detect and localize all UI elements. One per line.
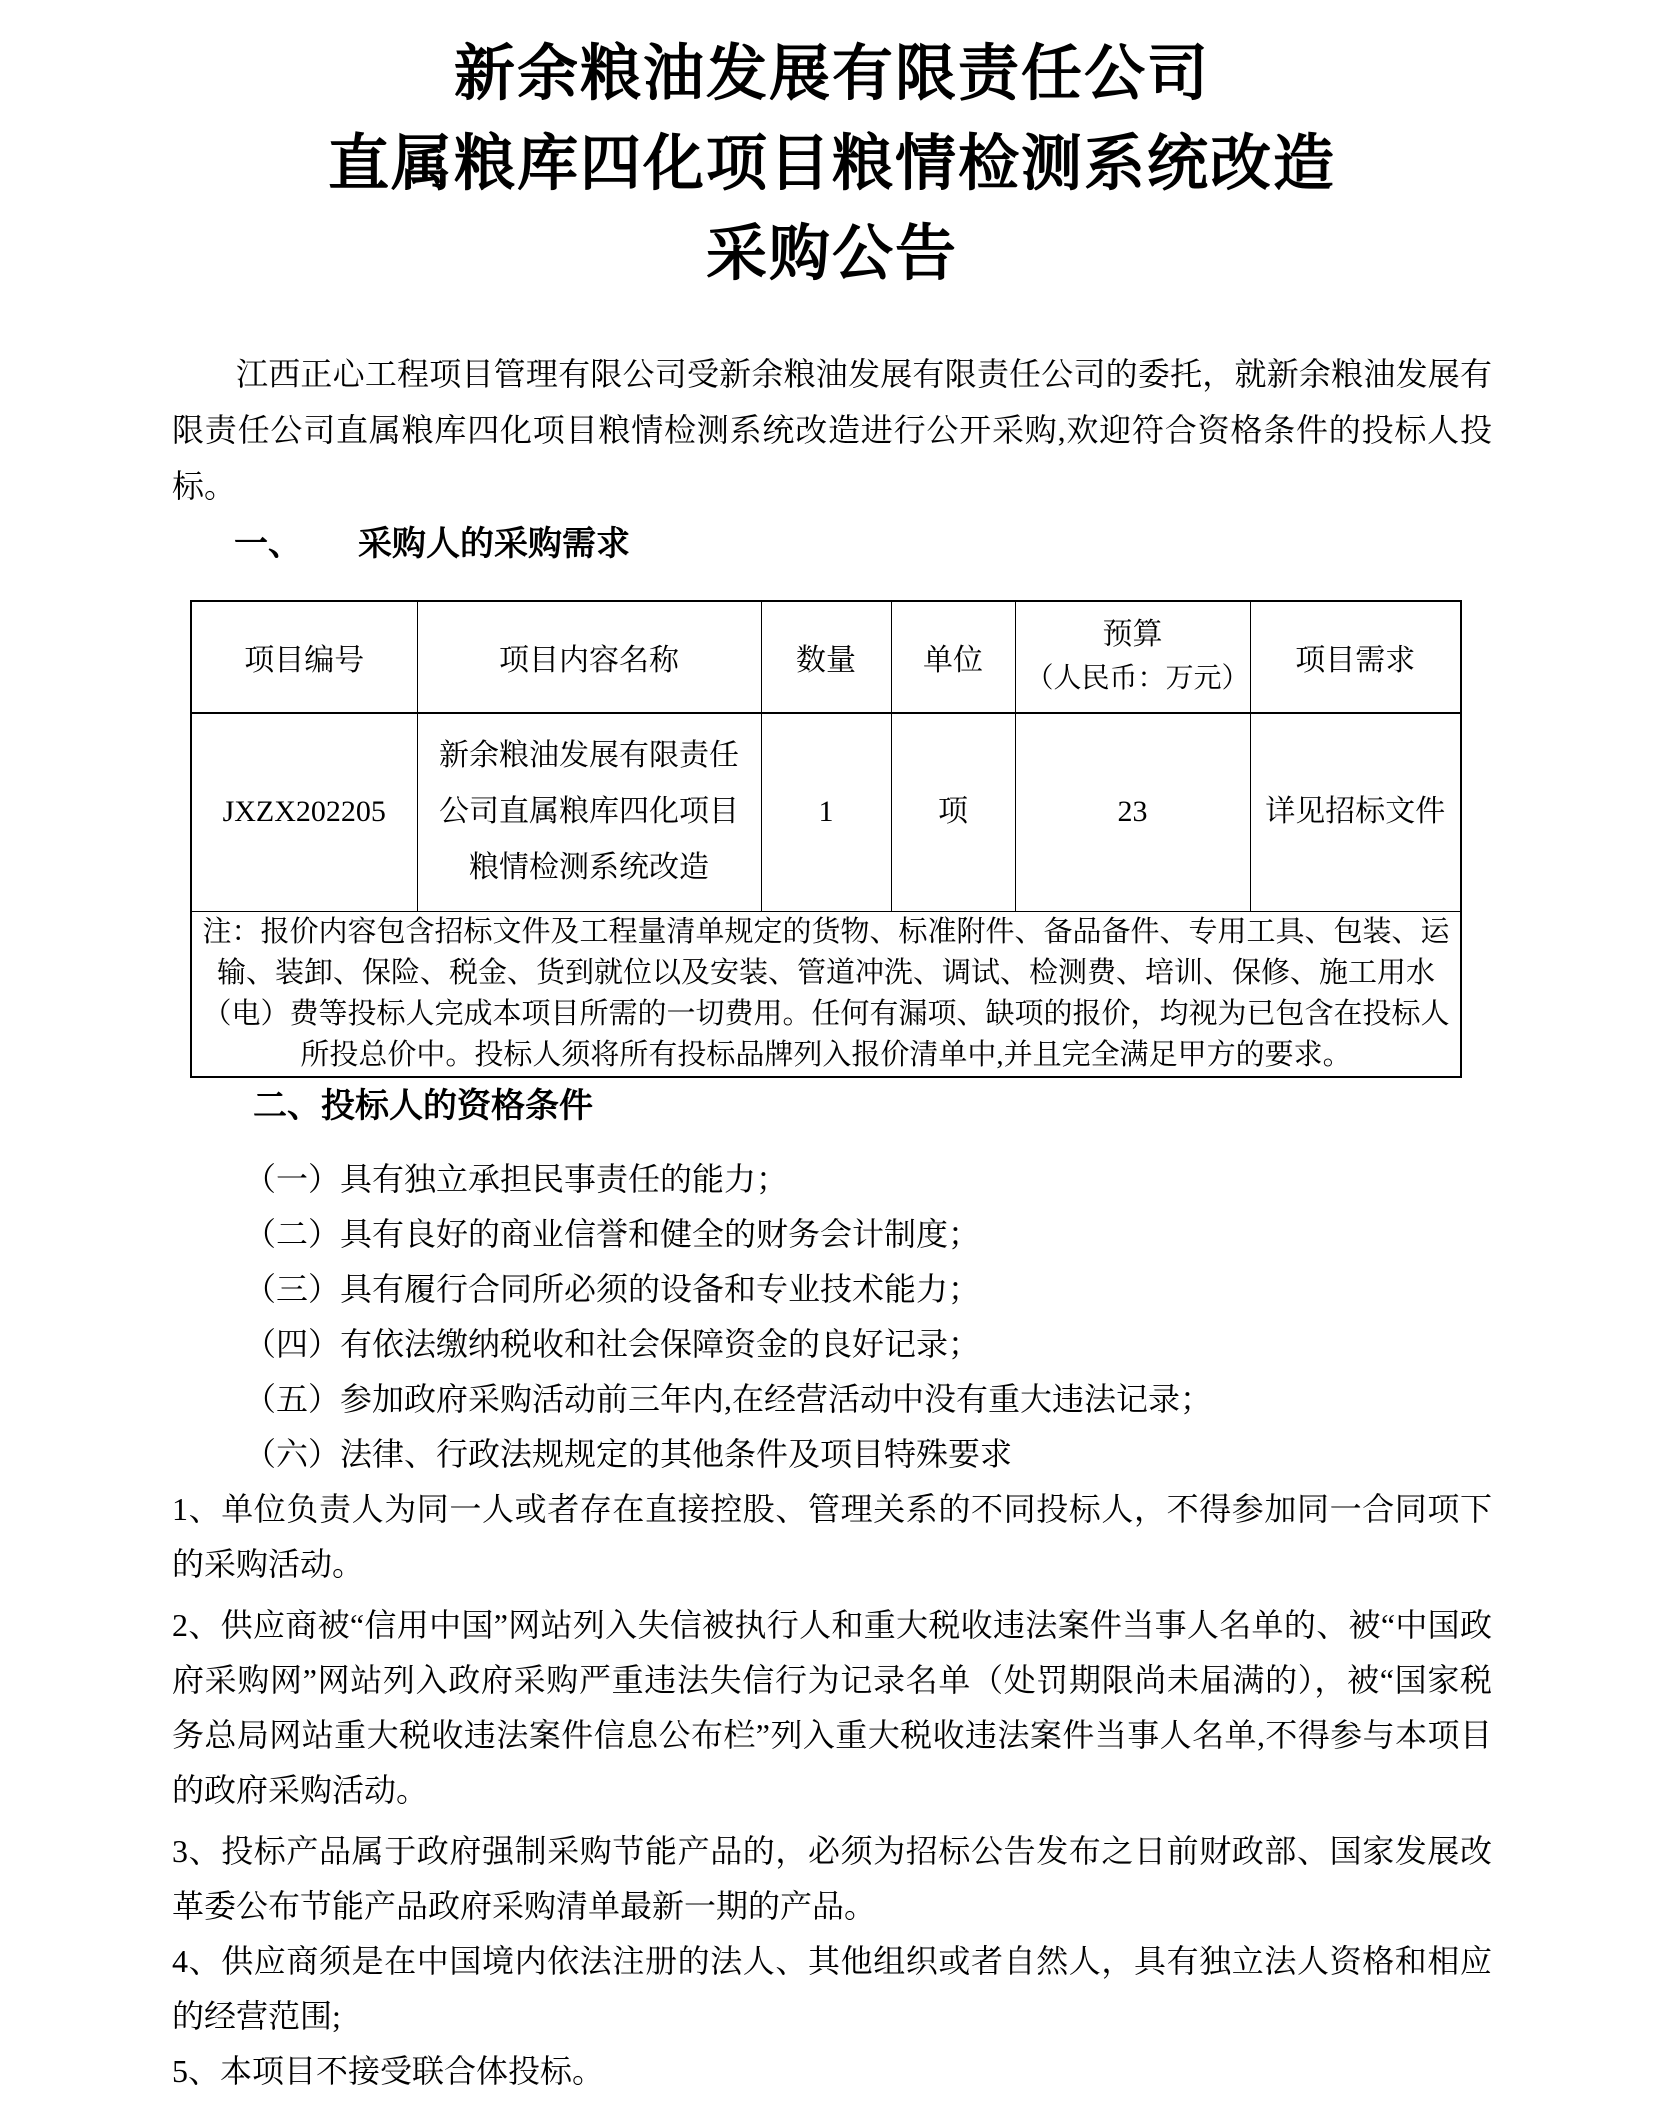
header-budget: 预算 （人民币：万元） [1015,601,1250,713]
qualification-item-1: （一）具有独立承担民事责任的能力； [244,1152,1492,1207]
cell-requirement: 详见招标文件 [1250,713,1461,911]
header-content-name: 项目内容名称 [417,601,761,713]
qualification-item-6: （六）法律、行政法规规定的其他条件及项目特殊要求 [244,1427,1492,1482]
title-line-1: 新余粮油发展有限责任公司 [172,30,1492,120]
qualification-list: （一）具有独立承担民事责任的能力； （二）具有良好的商业信誉和健全的财务会计制度… [172,1152,1492,1482]
title-line-3: 采购公告 [172,210,1492,300]
table-note-row: 注：报价内容包含招标文件及工程量清单规定的货物、标准附件、备品备件、专用工具、包… [191,911,1461,1077]
qualification-item-5: （五）参加政府采购活动前三年内,在经营活动中没有重大违法记录； [244,1372,1492,1427]
header-requirement: 项目需求 [1250,601,1461,713]
clause-paragraph-3: 3、投标产品属于政府强制采购节能产品的，必须为招标公告发布之日前财政部、国家发展… [172,1824,1492,1934]
qualification-item-4: （四）有依法缴纳税收和社会保障资金的良好记录； [244,1317,1492,1372]
header-quantity: 数量 [761,601,891,713]
table-data-row: JXZX202205 新余粮油发展有限责任公司直属粮库四化项目粮情检测系统改造 … [191,713,1461,911]
intro-paragraph: 江西正心工程项目管理有限公司受新余粮油发展有限责任公司的委托，就新余粮油发展有限… [172,346,1492,514]
cell-quantity: 1 [761,713,891,911]
table-header-row: 项目编号 项目内容名称 数量 单位 预算 （人民币：万元） 项目需求 [191,601,1461,713]
cell-budget: 23 [1015,713,1250,911]
document-title: 新余粮油发展有限责任公司 直属粮库四化项目粮情检测系统改造 采购公告 [172,30,1492,300]
section-1-title: 采购人的采购需求 [358,525,630,563]
header-budget-line1: 预算 [1026,613,1240,657]
clause-paragraph-4: 4、供应商须是在中国境内依法注册的法人、其他组织或者自然人，具有独立法人资格和相… [172,1934,1492,2044]
qualification-item-3: （三）具有履行合同所必须的设备和专业技术能力； [244,1262,1492,1317]
clause-paragraph-1: 1、单位负责人为同一人或者存在直接控股、管理关系的不同投标人，不得参加同一合同项… [172,1482,1492,1592]
procurement-table: 项目编号 项目内容名称 数量 单位 预算 （人民币：万元） 项目需求 JXZX2… [190,600,1462,1078]
header-project-no: 项目编号 [191,601,417,713]
table-note: 注：报价内容包含招标文件及工程量清单规定的货物、标准附件、备品备件、专用工具、包… [191,911,1461,1077]
section-1-number: 一、 [234,525,302,563]
cell-unit: 项 [891,713,1015,911]
qualification-item-2: （二）具有良好的商业信誉和健全的财务会计制度； [244,1207,1492,1262]
header-unit: 单位 [891,601,1015,713]
section-2-heading: 二、投标人的资格条件 [253,1084,1492,1128]
header-budget-line2: （人民币：万元） [1026,657,1240,701]
title-line-2: 直属粮库四化项目粮情检测系统改造 [172,120,1492,210]
clause-paragraph-5: 5、本项目不接受联合体投标。 [172,2044,1492,2099]
cell-content-name: 新余粮油发展有限责任公司直属粮库四化项目粮情检测系统改造 [417,713,761,911]
clause-paragraph-2: 2、供应商被“信用中国”网站列入失信被执行人和重大税收违法案件当事人名单的、被“… [172,1598,1492,1818]
cell-project-no: JXZX202205 [191,713,417,911]
section-1-heading: 一、采购人的采购需求 [234,522,1492,566]
document-page: 新余粮油发展有限责任公司 直属粮库四化项目粮情检测系统改造 采购公告 江西正心工… [0,0,1664,2108]
clause-list: 1、单位负责人为同一人或者存在直接控股、管理关系的不同投标人，不得参加同一合同项… [172,1482,1492,2099]
